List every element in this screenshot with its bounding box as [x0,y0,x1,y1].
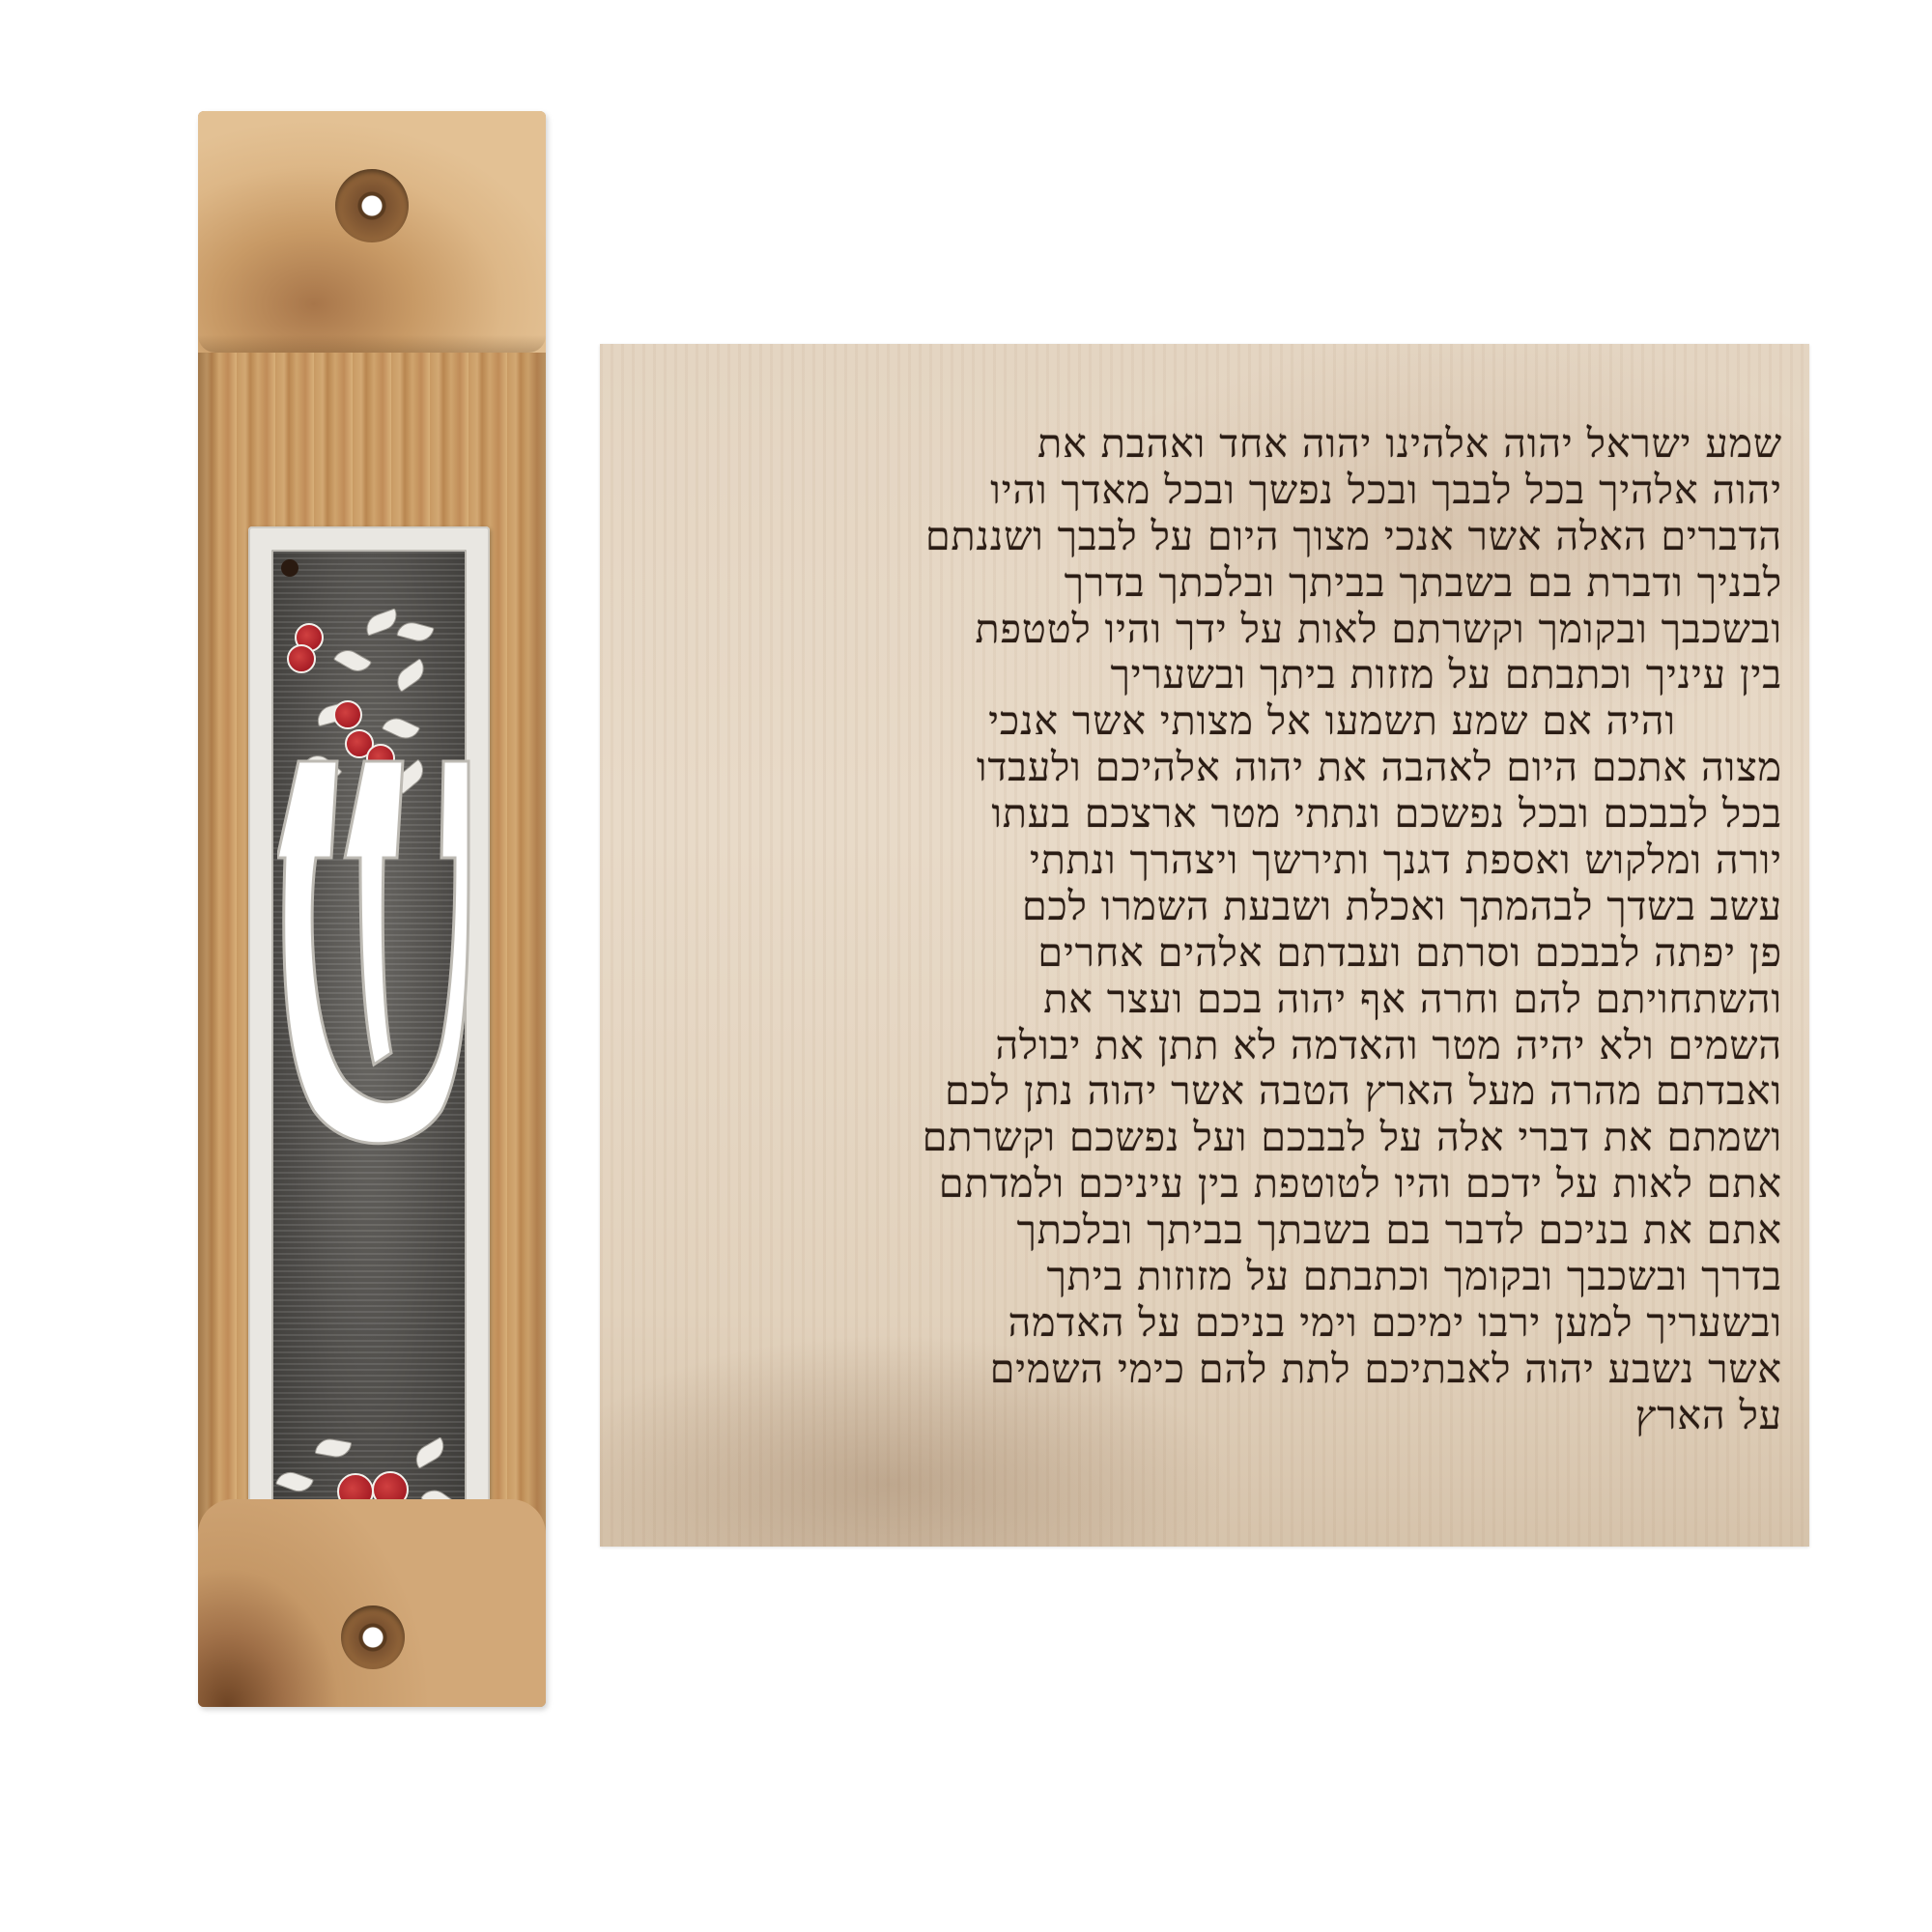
scroll-line: יורה ומלקוש ואספת דגנך ותירשך ויצהרך ונת… [652,838,1782,884]
scroll-text: שמע ישראל יהוה אלהינו יהוה אחד ואהבת את … [652,421,1782,1439]
case-top-block [198,111,546,353]
scroll-line: ובשכבך ובקומך וקשרתם לאות על ידך והיו לט… [652,607,1782,653]
scroll-line: אתם לאות על ידכם והיו לטוטפת בין עיניכם … [652,1161,1782,1207]
scroll-line: שמע ישראל יהוה אלהינו יהוה אחד ואהבת את [652,421,1782,468]
scroll-line: עשב בשדך לבהמתך ואכלת ושבעת השמרו לכם [652,884,1782,930]
scroll-line: לבניך ודברת בם בשבתך בביתך ובלכתך בדרך [652,560,1782,607]
scroll-line: השמים ולא יהיה מטר והאדמה לא תתן את יבול… [652,1023,1782,1069]
scroll-line: אתם את בניכם לדבר בם בשבתך בביתך ובלכתך [652,1207,1782,1254]
scroll-line: בדרך ובשכבך ובקומך וכתבתם על מזוזות ביתך [652,1254,1782,1300]
case-bottom-block [198,1499,546,1707]
shin-letter-icon [277,744,470,1150]
scroll-line: והיה אם שמע תשמעו אל מצותי אשר אנכי [652,698,1782,745]
scroll-line: על הארץ [652,1393,1782,1439]
scroll-line: והשתחויתם להם וחרה אף יהוה בכם ועצר את [652,977,1782,1023]
scroll-line: ובשעריך למען ירבו ימיכם וימי בניכם על הא… [652,1300,1782,1347]
scroll-line: ושמתם את דברי אלה על לבבכם ועל נפשכם וקש… [652,1115,1782,1161]
mezuzah-case [198,111,546,1707]
scroll-line: בין עיניך וכתבתם על מזזות ביתך ובשעריך [652,652,1782,698]
parchment-scroll: שמע ישראל יהוה אלהינו יהוה אחד ואהבת את … [600,344,1809,1547]
pewter-plate [248,526,490,1608]
scroll-line: בכל לבבכם ובכל נפשכם ונתתי מטר ארצכם בעת… [652,791,1782,838]
scroll-line: פן יפתה לבבכם וסרתם ועבדתם אלהים אחרים [652,930,1782,977]
scroll-line: הדברים האלה אשר אנכי מצוך היום על לבבך ו… [652,514,1782,560]
scroll-line: ואבדתם מהרה מעל הארץ הטבה אשר יהוה נתן ל… [652,1068,1782,1115]
scroll-line: יהוה אלהיך בכל לבבך ובכל נפשך ובכל מאדך … [652,468,1782,514]
mounting-hole-bottom [341,1605,405,1669]
mounting-hole-top [335,169,409,242]
plate-pin-hole [281,559,298,577]
scroll-line: מצוה אתכם היום לאהבה את יהוה אלהיכם ולעב… [652,745,1782,791]
scroll-line: אשר נשבע יהוה לאבתיכם לתת להם כימי השמים [652,1347,1782,1393]
